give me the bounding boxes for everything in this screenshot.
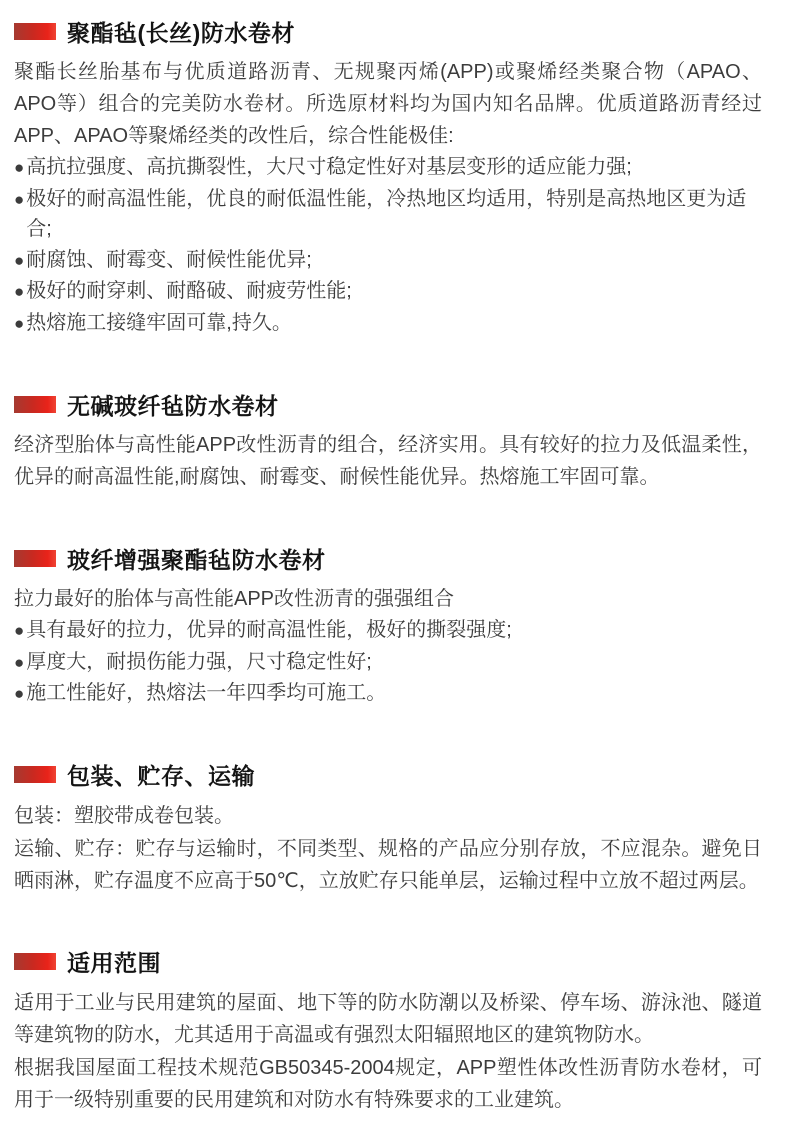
list-item: ● 具有最好的拉力，优异的耐高温性能，极好的撕裂强度; — [14, 615, 762, 647]
red-accent-bar-icon — [14, 953, 56, 970]
list-item-text: 耐腐蚀、耐霉变、耐候性能优异; — [26, 245, 312, 276]
bullet-dot-icon: ● — [14, 153, 24, 184]
list-item: ● 厚度大，耐损伤能力强，尺寸稳定性好; — [14, 647, 762, 679]
bullet-dot-icon: ● — [14, 185, 24, 216]
section-heading: 无碱玻纤毡防水卷材 — [14, 391, 762, 417]
bullet-dot-icon: ● — [14, 246, 24, 277]
list-item: ● 极好的耐高温性能，优良的耐低温性能，冷热地区均适用，特别是高热地区更为适合; — [14, 184, 762, 245]
bullet-list: ● 高抗拉强度、高抗撕裂性，大尺寸稳定性好对基层变形的适应能力强; ● 极好的耐… — [14, 152, 762, 339]
section-heading: 聚酯毡(长丝)防水卷材 — [14, 18, 762, 44]
paragraph: 聚酯长丝胎基布与优质道路沥青、无规聚丙烯(APP)或聚烯经类聚合物（APAO、A… — [14, 56, 762, 152]
bullet-dot-icon: ● — [14, 616, 24, 647]
list-item-text: 具有最好的拉力，优异的耐高温性能，极好的撕裂强度; — [26, 615, 512, 646]
product-description-document: 聚酯毡(长丝)防水卷材 聚酯长丝胎基布与优质道路沥青、无规聚丙烯(APP)或聚烯… — [0, 0, 800, 1146]
section-heading: 适用范围 — [14, 949, 762, 975]
list-item: ● 高抗拉强度、高抗撕裂性，大尺寸稳定性好对基层变形的适应能力强; — [14, 152, 762, 184]
list-item: ● 施工性能好，热熔法一年四季均可施工。 — [14, 678, 762, 710]
bullet-list: ● 具有最好的拉力，优异的耐高温性能，极好的撕裂强度; ● 厚度大，耐损伤能力强… — [14, 615, 762, 710]
section-body: 聚酯长丝胎基布与优质道路沥青、无规聚丙烯(APP)或聚烯经类聚合物（APAO、A… — [14, 56, 762, 339]
section-body: 适用于工业与民用建筑的屋面、地下等的防水防潮以及桥梁、停车场、游泳池、隧道等建筑… — [14, 987, 762, 1116]
bullet-dot-icon: ● — [14, 309, 24, 340]
section-title: 玻纤增强聚酯毡防水卷材 — [67, 542, 326, 575]
list-item: ● 热熔施工接缝牢固可靠,持久。 — [14, 308, 762, 340]
bullet-dot-icon: ● — [14, 277, 24, 308]
section-alkali-free-glass-fiber-felt-membrane: 无碱玻纤毡防水卷材 经济型胎体与高性能APP改性沥青的组合，经济实用。具有较好的… — [14, 391, 762, 493]
section-heading: 包装、贮存、运输 — [14, 762, 762, 788]
paragraph: 拉力最好的胎体与高性能APP改性沥青的强强组合 — [14, 583, 762, 615]
paragraph: 经济型胎体与高性能APP改性沥青的组合，经济实用。具有较好的拉力及低温柔性，优异… — [14, 429, 762, 493]
red-accent-bar-icon — [14, 23, 56, 40]
section-title: 适用范围 — [67, 945, 161, 978]
paragraph: 适用于工业与民用建筑的屋面、地下等的防水防潮以及桥梁、停车场、游泳池、隧道等建筑… — [14, 987, 762, 1051]
list-item-text: 热熔施工接缝牢固可靠,持久。 — [26, 308, 292, 339]
red-accent-bar-icon — [14, 550, 56, 567]
bullet-dot-icon: ● — [14, 679, 24, 710]
list-item-text: 厚度大，耐损伤能力强，尺寸稳定性好; — [26, 647, 372, 678]
bullet-dot-icon: ● — [14, 648, 24, 679]
paragraph: 根据我国屋面工程技术规范GB50345-2004规定，APP塑性体改性沥青防水卷… — [14, 1052, 762, 1116]
list-item: ● 耐腐蚀、耐霉变、耐候性能优异; — [14, 245, 762, 277]
section-fiberglass-reinforced-polyester-felt-membrane: 玻纤增强聚酯毡防水卷材 拉力最好的胎体与高性能APP改性沥青的强强组合 ● 具有… — [14, 545, 762, 710]
list-item-text: 极好的耐高温性能，优良的耐低温性能，冷热地区均适用，特别是高热地区更为适合; — [26, 184, 762, 245]
section-packaging-storage-transport: 包装、贮存、运输 包装：塑胶带成卷包装。 运输、贮存：贮存与运输时，不同类型、规… — [14, 762, 762, 897]
section-body: 经济型胎体与高性能APP改性沥青的组合，经济实用。具有较好的拉力及低温柔性，优异… — [14, 429, 762, 493]
list-item: ● 极好的耐穿刺、耐酪破、耐疲劳性能; — [14, 276, 762, 308]
section-heading: 玻纤增强聚酯毡防水卷材 — [14, 545, 762, 571]
section-application-scope: 适用范围 适用于工业与民用建筑的屋面、地下等的防水防潮以及桥梁、停车场、游泳池、… — [14, 949, 762, 1116]
paragraph: 运输、贮存：贮存与运输时，不同类型、规格的产品应分别存放，不应混杂。避免日晒雨淋… — [14, 833, 762, 897]
list-item-text: 施工性能好，热熔法一年四季均可施工。 — [26, 678, 386, 709]
section-title: 无碱玻纤毡防水卷材 — [67, 388, 279, 421]
section-title: 包装、贮存、运输 — [67, 758, 255, 791]
red-accent-bar-icon — [14, 396, 56, 413]
section-body: 拉力最好的胎体与高性能APP改性沥青的强强组合 ● 具有最好的拉力，优异的耐高温… — [14, 583, 762, 710]
section-body: 包装：塑胶带成卷包装。 运输、贮存：贮存与运输时，不同类型、规格的产品应分别存放… — [14, 800, 762, 897]
red-accent-bar-icon — [14, 766, 56, 783]
paragraph: 包装：塑胶带成卷包装。 — [14, 800, 762, 832]
section-title: 聚酯毡(长丝)防水卷材 — [67, 15, 295, 48]
section-polyester-felt-membrane: 聚酯毡(长丝)防水卷材 聚酯长丝胎基布与优质道路沥青、无规聚丙烯(APP)或聚烯… — [14, 18, 762, 339]
list-item-text: 高抗拉强度、高抗撕裂性，大尺寸稳定性好对基层变形的适应能力强; — [26, 152, 632, 183]
list-item-text: 极好的耐穿刺、耐酪破、耐疲劳性能; — [26, 276, 352, 307]
